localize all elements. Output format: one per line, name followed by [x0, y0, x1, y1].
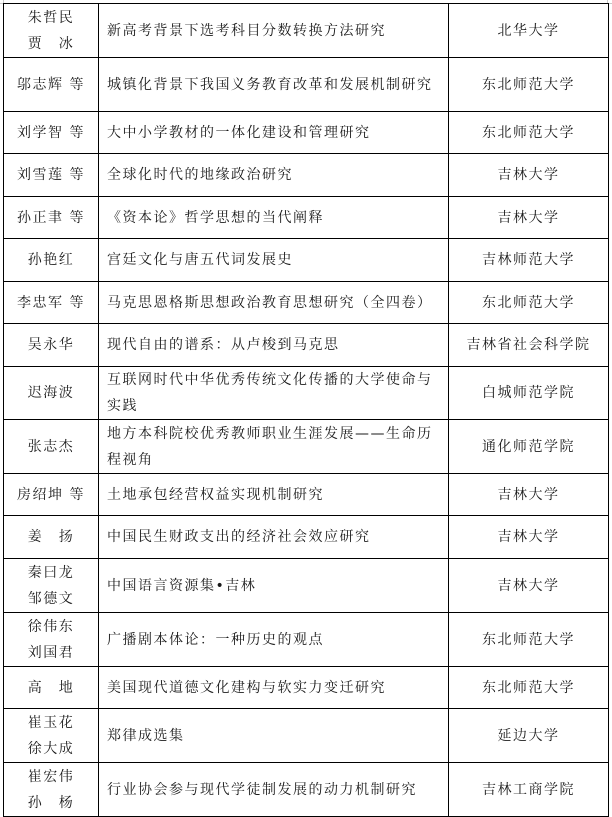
institution-cell: 吉林大学 [449, 559, 609, 613]
author-cell: 朱哲民 贾 冰 [4, 4, 99, 58]
author-cell: 姜 扬 [4, 516, 99, 559]
author-cell: 高 地 [4, 667, 99, 709]
title-cell: 广播剧本体论：一种历史的观点 [99, 613, 449, 667]
institution-cell: 白城师范学院 [449, 367, 609, 420]
title-cell: 城镇化背景下我国义务教育改革和发展机制研究 [99, 58, 449, 112]
title-cell: 中国语言资源集•吉林 [99, 559, 449, 613]
institution-cell: 吉林师范大学 [449, 239, 609, 282]
title-cell: 中国民生财政支出的经济社会效应研究 [99, 516, 449, 559]
awards-table-body: 朱哲民 贾 冰新高考背景下选考科目分数转换方法研究北华大学邬志辉 等城镇化背景下… [4, 4, 609, 817]
table-row: 朱哲民 贾 冰新高考背景下选考科目分数转换方法研究北华大学 [4, 4, 609, 58]
institution-cell: 北华大学 [449, 4, 609, 58]
author-cell: 孙正聿 等 [4, 197, 99, 239]
title-cell: 美国现代道德文化建构与软实力变迁研究 [99, 667, 449, 709]
institution-cell: 通化师范学院 [449, 420, 609, 474]
institution-cell: 吉林大学 [449, 474, 609, 516]
table-row: 迟海波互联网时代中华优秀传统文化传播的大学使命与实践白城师范学院 [4, 367, 609, 420]
awards-table: 朱哲民 贾 冰新高考背景下选考科目分数转换方法研究北华大学邬志辉 等城镇化背景下… [3, 3, 609, 817]
author-cell: 迟海波 [4, 367, 99, 420]
institution-cell: 东北师范大学 [449, 667, 609, 709]
title-cell: 宫廷文化与唐五代词发展史 [99, 239, 449, 282]
author-cell: 崔宏伟 孙 杨 [4, 763, 99, 817]
table-row: 房绍坤 等土地承包经营权益实现机制研究吉林大学 [4, 474, 609, 516]
author-cell: 张志杰 [4, 420, 99, 474]
institution-cell: 吉林大学 [449, 197, 609, 239]
author-cell: 李忠军 等 [4, 282, 99, 324]
author-cell: 邬志辉 等 [4, 58, 99, 112]
table-row: 秦曰龙 邹德文中国语言资源集•吉林吉林大学 [4, 559, 609, 613]
table-row: 刘雪莲 等全球化时代的地缘政治研究吉林大学 [4, 154, 609, 197]
author-cell: 刘学智 等 [4, 112, 99, 154]
title-cell: 新高考背景下选考科目分数转换方法研究 [99, 4, 449, 58]
table-row: 张志杰地方本科院校优秀教师职业生涯发展——生命历程视角通化师范学院 [4, 420, 609, 474]
title-cell: 互联网时代中华优秀传统文化传播的大学使命与实践 [99, 367, 449, 420]
title-cell: 大中小学教材的一体化建设和管理研究 [99, 112, 449, 154]
author-cell: 徐伟东 刘国君 [4, 613, 99, 667]
institution-cell: 东北师范大学 [449, 112, 609, 154]
title-cell: 马克思恩格斯思想政治教育思想研究（全四卷） [99, 282, 449, 324]
title-cell: 《资本论》哲学思想的当代阐释 [99, 197, 449, 239]
table-row: 邬志辉 等城镇化背景下我国义务教育改革和发展机制研究东北师范大学 [4, 58, 609, 112]
institution-cell: 东北师范大学 [449, 58, 609, 112]
institution-cell: 吉林大学 [449, 154, 609, 197]
title-cell: 土地承包经营权益实现机制研究 [99, 474, 449, 516]
author-cell: 秦曰龙 邹德文 [4, 559, 99, 613]
table-row: 高 地美国现代道德文化建构与软实力变迁研究东北师范大学 [4, 667, 609, 709]
table-row: 崔宏伟 孙 杨行业协会参与现代学徒制发展的动力机制研究吉林工商学院 [4, 763, 609, 817]
institution-cell: 延边大学 [449, 709, 609, 763]
institution-cell: 东北师范大学 [449, 282, 609, 324]
title-cell: 现代自由的谱系：从卢梭到马克思 [99, 324, 449, 367]
table-row: 姜 扬中国民生财政支出的经济社会效应研究吉林大学 [4, 516, 609, 559]
author-cell: 孙艳红 [4, 239, 99, 282]
author-cell: 房绍坤 等 [4, 474, 99, 516]
table-row: 徐伟东 刘国君广播剧本体论：一种历史的观点东北师范大学 [4, 613, 609, 667]
institution-cell: 吉林省社会科学院 [449, 324, 609, 367]
institution-cell: 东北师范大学 [449, 613, 609, 667]
title-cell: 全球化时代的地缘政治研究 [99, 154, 449, 197]
title-cell: 地方本科院校优秀教师职业生涯发展——生命历程视角 [99, 420, 449, 474]
table-row: 刘学智 等大中小学教材的一体化建设和管理研究东北师范大学 [4, 112, 609, 154]
institution-cell: 吉林工商学院 [449, 763, 609, 817]
table-row: 李忠军 等马克思恩格斯思想政治教育思想研究（全四卷）东北师范大学 [4, 282, 609, 324]
author-cell: 刘雪莲 等 [4, 154, 99, 197]
table-row: 孙艳红宫廷文化与唐五代词发展史吉林师范大学 [4, 239, 609, 282]
table-row: 崔玉花 徐大成郑律成选集延边大学 [4, 709, 609, 763]
author-cell: 崔玉花 徐大成 [4, 709, 99, 763]
table-row: 孙正聿 等《资本论》哲学思想的当代阐释吉林大学 [4, 197, 609, 239]
title-cell: 郑律成选集 [99, 709, 449, 763]
table-row: 吴永华现代自由的谱系：从卢梭到马克思吉林省社会科学院 [4, 324, 609, 367]
title-cell: 行业协会参与现代学徒制发展的动力机制研究 [99, 763, 449, 817]
author-cell: 吴永华 [4, 324, 99, 367]
institution-cell: 吉林大学 [449, 516, 609, 559]
